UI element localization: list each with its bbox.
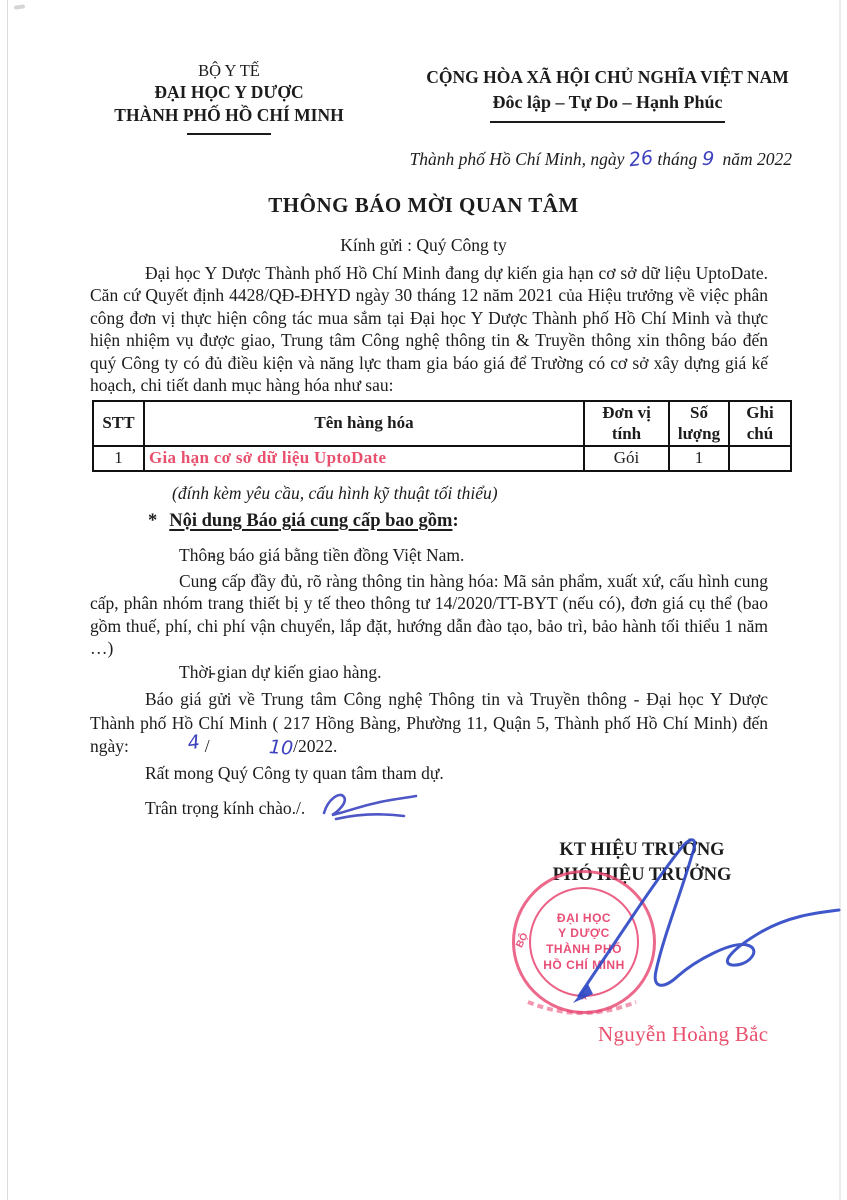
- national-motto-line2: Đôc lập – Tự Do – Hạnh Phúc: [415, 90, 800, 114]
- bullet-text: Thời gian dự kiến giao hàng.: [179, 662, 381, 682]
- bullet-dash: -: [150, 544, 179, 566]
- heading-text: Nội dung Báo giá cung cấp bao gồm: [169, 511, 452, 531]
- signature-arrow-tip: [573, 984, 593, 1003]
- signature-initial-icon: [318, 789, 420, 823]
- scan-artifact: [14, 4, 25, 9]
- cell-unit: Gói: [584, 446, 669, 471]
- date-year: năm 2022: [722, 149, 792, 169]
- cell-stt: 1: [93, 446, 144, 471]
- cell-note: [729, 446, 791, 471]
- table-header-row: STT Tên hàng hóa Đơn vị tính Số lượng Gh…: [93, 401, 791, 446]
- ministry-line3: THÀNH PHỐ HỒ CHÍ MINH: [99, 104, 359, 127]
- items-table: STT Tên hàng hóa Đơn vị tính Số lượng Gh…: [92, 400, 792, 472]
- handwritten-deadline-day: 4: [132, 733, 201, 760]
- ministry-underline: [187, 133, 271, 135]
- date-place: Thành phố Hồ Chí Minh, ngày: [410, 149, 625, 169]
- heading-marker: *: [148, 511, 157, 531]
- national-motto-line1: CỘNG HÒA XÃ HỘI CHỦ NGHĨA VIỆT NAM: [415, 66, 800, 90]
- col-header-ten-hang-hoa: Tên hàng hóa: [144, 401, 584, 446]
- heading-colon: :: [452, 511, 458, 531]
- scan-edge-left: [7, 0, 8, 1200]
- bullet-item-currency: -Thông báo giá bằng tiền đồng Việt Nam.: [90, 544, 768, 566]
- national-header-block: CỘNG HÒA XÃ HỘI CHỦ NGHĨA VIỆT NAM Đôc l…: [415, 66, 800, 123]
- slash: /: [205, 736, 210, 756]
- table-row: 1 Gia hạn cơ sở dữ liệu UptoDate Gói 1: [93, 446, 791, 471]
- intro-paragraph: Đại học Y Dược Thành phố Hồ Chí Minh đan…: [90, 262, 768, 396]
- signer-name: Nguyễn Hoàng Bắc: [598, 1022, 768, 1047]
- handwritten-deadline-month: 10: [213, 735, 293, 759]
- ministry-line1: BỘ Y TẾ: [99, 60, 359, 81]
- signature-flourish: [535, 833, 847, 1015]
- ministry-block: BỘ Y TẾ ĐẠI HỌC Y DƯỢC THÀNH PHỐ HỒ CHÍ …: [99, 60, 359, 135]
- attachment-note: (đính kèm yêu cầu, cấu hình kỹ thuật tối…: [172, 483, 498, 504]
- handwritten-day: 26: [628, 149, 654, 171]
- closing-thanks: Rất mong Quý Công ty quan tâm tham dự.: [145, 763, 444, 784]
- ministry-line2: ĐẠI HỌC Y DƯỢC: [99, 81, 359, 104]
- col-header-so-luong: Số lượng: [669, 401, 729, 446]
- bullet-text: Cung cấp đầy đủ, rõ ràng thông tin hàng …: [90, 571, 768, 658]
- greeting-line: Kính gửi : Quý Công ty: [0, 235, 847, 256]
- document-title: THÔNG BÁO MỜI QUAN TÂM: [0, 193, 847, 218]
- quote-content-heading: *Nội dung Báo giá cung cấp bao gồm:: [148, 511, 459, 532]
- scan-edge-right: [839, 0, 841, 1200]
- col-header-don-vi-tinh: Đơn vị tính: [584, 401, 669, 446]
- date-line: Thành phố Hồ Chí Minh, ngày 26 tháng 9 n…: [410, 149, 792, 170]
- date-thang: tháng: [657, 149, 697, 169]
- bullet-text: Thông báo giá bằng tiền đồng Việt Nam.: [179, 545, 464, 565]
- bullet-dash: -: [150, 570, 179, 592]
- cell-item-name: Gia hạn cơ sở dữ liệu UptoDate: [144, 446, 584, 471]
- motto-underline: [490, 121, 725, 123]
- bullet-item-details: -Cung cấp đầy đủ, rõ ràng thông tin hàng…: [90, 570, 768, 660]
- col-header-ghi-chu: Ghi chú: [729, 401, 791, 446]
- bullet-item-delivery: -Thời gian dự kiến giao hàng.: [90, 661, 768, 683]
- closing-regards-text: Trân trọng kính chào./.: [145, 798, 305, 818]
- submission-tail: /2022.: [293, 736, 337, 756]
- cell-quantity: 1: [669, 446, 729, 471]
- closing-regards: Trân trọng kính chào./.: [145, 789, 420, 823]
- submission-paragraph: Báo giá gửi về Trung tâm Công nghệ Thông…: [90, 688, 768, 759]
- bullet-dash: -: [150, 661, 179, 683]
- col-header-stt: STT: [93, 401, 144, 446]
- handwritten-month: 9: [701, 150, 714, 170]
